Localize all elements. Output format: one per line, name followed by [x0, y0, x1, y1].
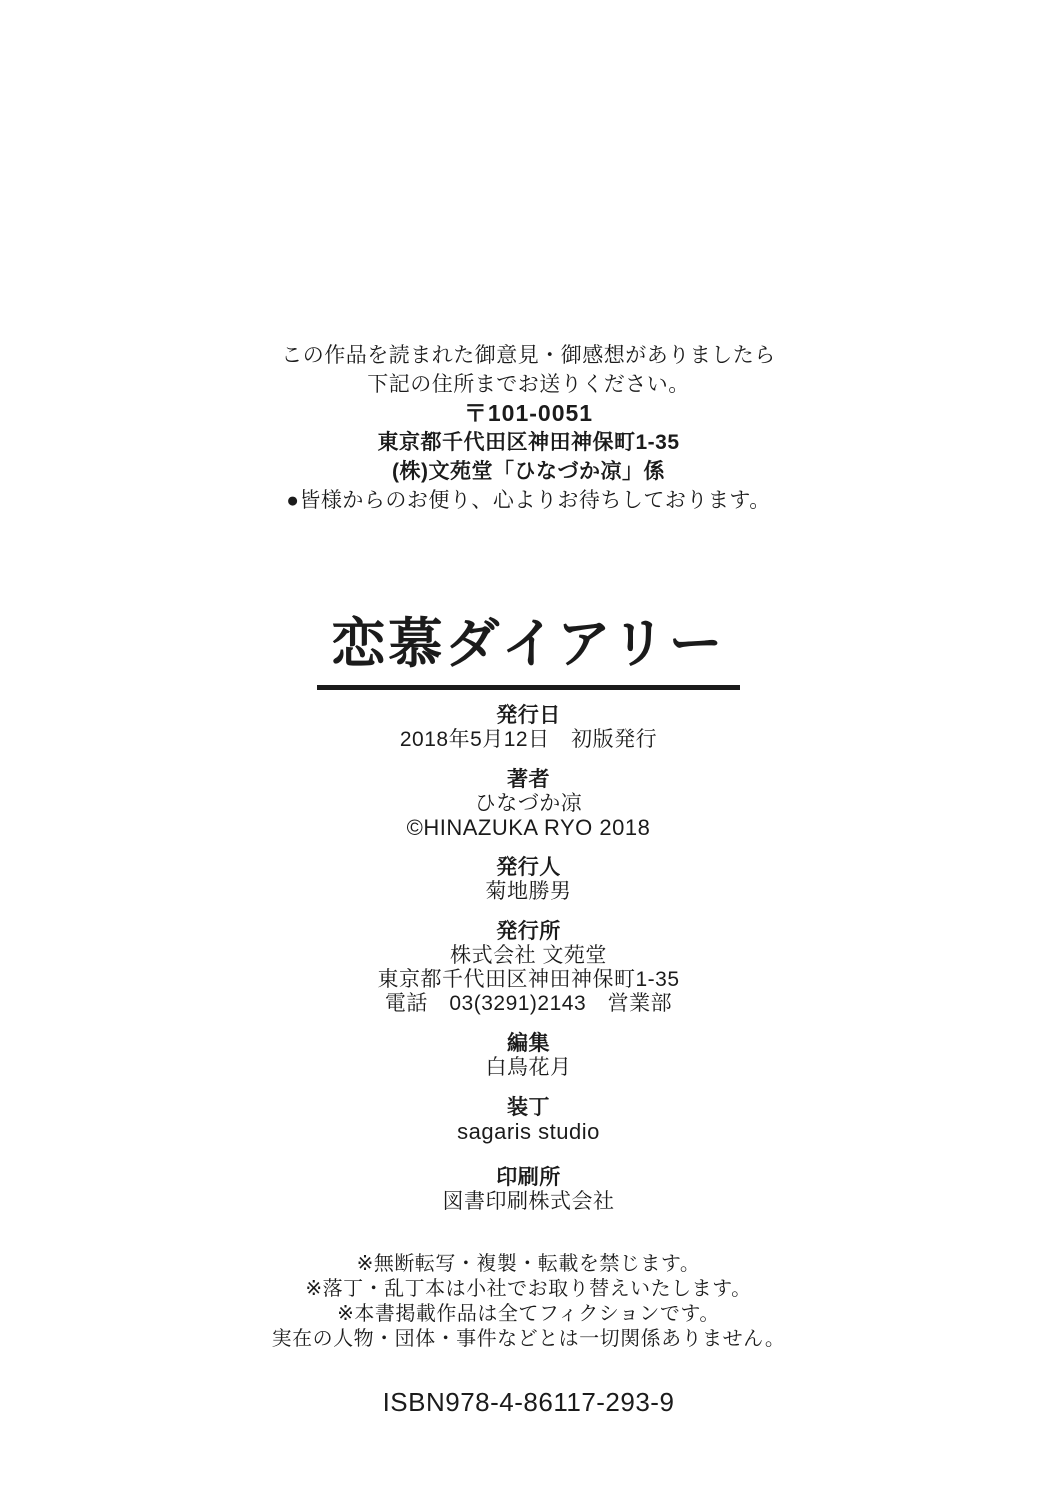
- feedback-closing-line: ●皆様からのお便り、心よりお待ちしております。: [0, 486, 1057, 515]
- section-publisher-person: 発行人 菊地勝男: [0, 856, 1057, 904]
- feedback-address: 東京都千代田区神田神保町1-35: [0, 428, 1057, 457]
- feedback-line: 下記の住所までお送りください。: [0, 370, 1057, 399]
- notice-line: ※落丁・乱丁本は小社でお取り替えいたします。: [0, 1277, 1057, 1302]
- author-name: ひなづか凉: [0, 792, 1057, 816]
- publisher-person-name: 菊地勝男: [0, 880, 1057, 904]
- section-label: 発行所: [0, 920, 1057, 944]
- section-label: 発行日: [0, 704, 1057, 728]
- isbn: ISBN978-4-86117-293-9: [0, 1386, 1057, 1418]
- publication-date: 2018年5月12日 初版発行: [0, 728, 1057, 752]
- legal-notices: ※無断転写・複製・転載を禁じます。 ※落丁・乱丁本は小社でお取り替えいたします。…: [0, 1252, 1057, 1352]
- reader-feedback-notice: この作品を読まれた御意見・御感想がありましたら 下記の住所までお送りください。 …: [0, 0, 1057, 515]
- section-label: 著者: [0, 768, 1057, 792]
- notice-line: ※本書掲載作品は全てフィクションです。: [0, 1302, 1057, 1327]
- section-publisher: 発行所 株式会社 文苑堂 東京都千代田区神田神保町1-35 電話 03(3291…: [0, 920, 1057, 1016]
- section-label: 発行人: [0, 856, 1057, 880]
- section-label: 装丁: [0, 1096, 1057, 1120]
- section-author: 著者 ひなづか凉 ©HINAZUKA RYO 2018: [0, 768, 1057, 840]
- printer-name: 図書印刷株式会社: [0, 1190, 1057, 1214]
- feedback-line: この作品を読まれた御意見・御感想がありましたら: [0, 341, 1057, 370]
- publisher-phone: 電話 03(3291)2143 営業部: [0, 992, 1057, 1016]
- notice-line: 実在の人物・団体・事件などとは一切関係ありません。: [0, 1327, 1057, 1352]
- feedback-recipient: (株)文苑堂「ひなづか凉」係: [0, 457, 1057, 486]
- notice-line: ※無断転写・複製・転載を禁じます。: [0, 1252, 1057, 1277]
- book-title: 恋慕ダイアリー: [317, 613, 739, 690]
- colophon-page: この作品を読まれた御意見・御感想がありましたら 下記の住所までお送りください。 …: [0, 0, 1057, 1500]
- title-block: 恋慕ダイアリー: [0, 613, 1057, 690]
- colophon-sections: 発行日 2018年5月12日 初版発行 著者 ひなづか凉 ©HINAZUKA R…: [0, 704, 1057, 1214]
- section-editor: 編集 白鳥花月: [0, 1032, 1057, 1080]
- section-printer: 印刷所 図書印刷株式会社: [0, 1166, 1057, 1214]
- section-label: 印刷所: [0, 1166, 1057, 1190]
- section-design: 装丁 sagaris studio: [0, 1096, 1057, 1144]
- publisher-address: 東京都千代田区神田神保町1-35: [0, 968, 1057, 992]
- designer-name: sagaris studio: [0, 1120, 1057, 1144]
- postal-code: 〒101-0051: [0, 399, 1057, 428]
- section-label: 編集: [0, 1032, 1057, 1056]
- section-publication-date: 発行日 2018年5月12日 初版発行: [0, 704, 1057, 752]
- publisher-company: 株式会社 文苑堂: [0, 944, 1057, 968]
- copyright-line: ©HINAZUKA RYO 2018: [0, 816, 1057, 840]
- editor-name: 白鳥花月: [0, 1056, 1057, 1080]
